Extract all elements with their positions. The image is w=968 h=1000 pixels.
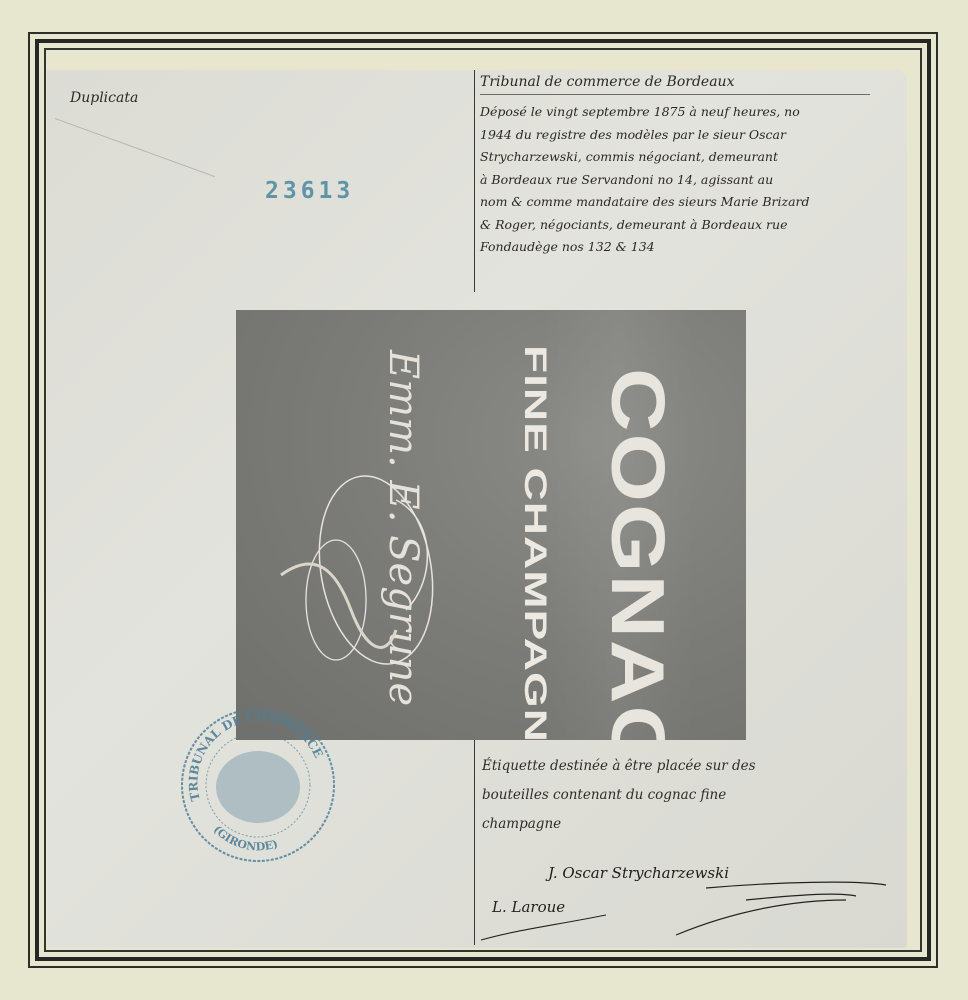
label-brand-text: COGNAC	[594, 368, 681, 740]
column-divider-top	[474, 70, 475, 292]
deposit-record-line: Déposé le vingt septembre 1875 à neuf he…	[480, 101, 905, 124]
duplicata-label: Duplicata	[70, 90, 138, 106]
label-description-note: Étiquette destinée à être placée sur des…	[482, 752, 902, 839]
label-subtitle-text: FINE CHAMPAGNE	[517, 345, 554, 740]
signature-underline-flourish-icon	[476, 870, 906, 950]
deposit-record-line: 1944 du registre des modèles par le sieu…	[480, 124, 905, 147]
paper-crease	[55, 118, 215, 177]
deposit-record-line: Strycharzewski, commis négociant, demeur…	[480, 146, 905, 169]
svg-text:(GIRONDE): (GIRONDE)	[211, 823, 280, 853]
deposit-record-line: Fondaudège nos 132 & 134	[480, 236, 905, 259]
label-signature-text: Emm. E. Segrune	[380, 350, 426, 706]
note-line: Étiquette destinée à être placée sur des	[482, 752, 902, 781]
cognac-label-specimen: COGNAC FINE CHAMPAGNE Emm. E. Segrune	[236, 310, 746, 740]
deposit-record-line: nom & comme mandataire des sieurs Marie …	[480, 191, 905, 214]
deposit-record: Tribunal de commerce de Bordeaux Déposé …	[480, 74, 905, 259]
stamp-bottom-text: (GIRONDE)	[211, 823, 280, 853]
deposit-record-line: à Bordeaux rue Servandoni no 14, agissan…	[480, 169, 905, 192]
deposit-record-title: Tribunal de commerce de Bordeaux	[480, 74, 870, 95]
note-line: bouteilles contenant du cognac fine	[482, 781, 902, 810]
column-divider-bottom	[474, 740, 475, 945]
tribunal-stamp-icon: TRIBUNAL DE COMMERCE (GIRONDE)	[178, 705, 338, 865]
note-line: champagne	[482, 810, 902, 839]
deposit-record-line: & Roger, négociants, demeurant à Bordeau…	[480, 214, 905, 237]
signature-flourish-icon	[276, 460, 456, 690]
registration-number-stamp: 23613	[265, 178, 354, 204]
